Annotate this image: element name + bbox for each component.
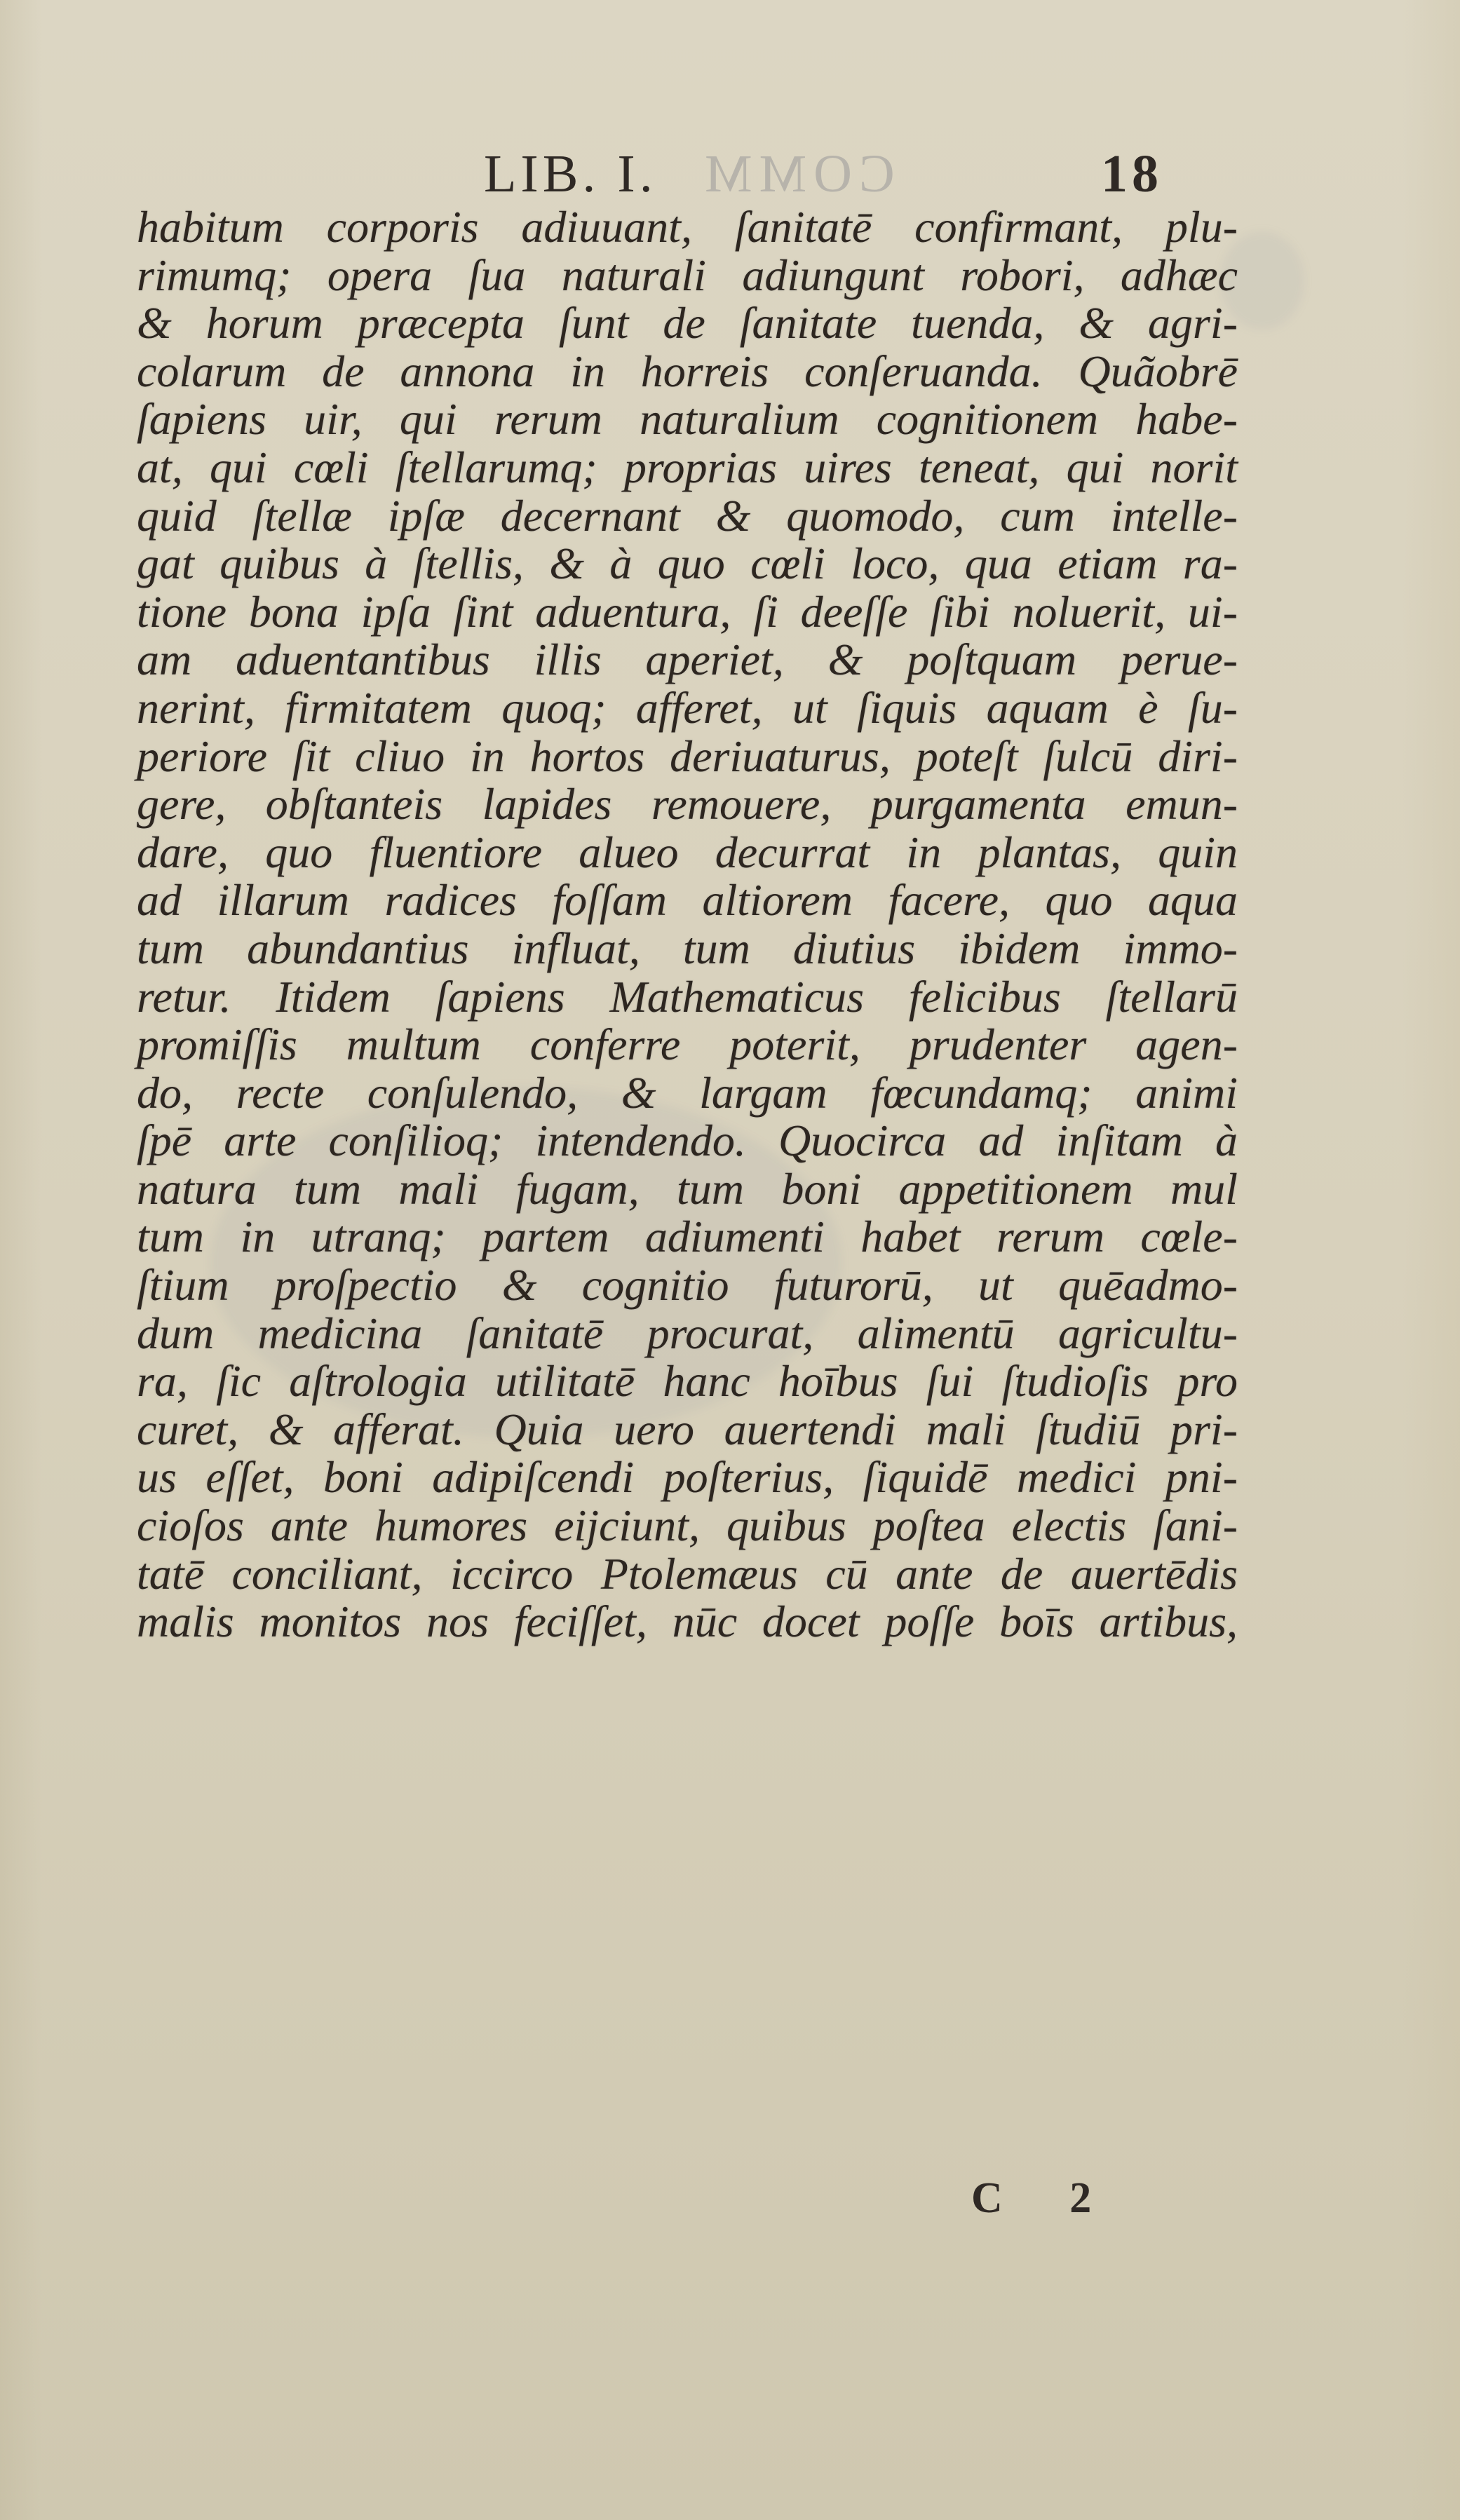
- text-line: periore ſit cliuo in hortos deriuaturus,…: [137, 733, 1238, 781]
- text-line: colarum de annona in horreis conſeruanda…: [137, 348, 1238, 396]
- text-line: us eſſet, boni adipiſcendi poſterius, ſi…: [137, 1454, 1238, 1502]
- text-line: curet, & afferat. Quia uero auertendi ma…: [137, 1406, 1238, 1454]
- text-line: habitum corporis adiuuant, ſanitatē conf…: [137, 203, 1238, 252]
- running-head: LIB. I. COMM 18: [484, 144, 1185, 207]
- text-block: habitum corporis adiuuant, ſanitatē conf…: [137, 203, 1238, 1646]
- text-line: ad illarum radices foſſam altiorem facer…: [137, 876, 1238, 925]
- text-line: dum medicina ſanitatē procurat, alimentū…: [137, 1310, 1238, 1358]
- text-line: tatē conciliant, iccirco Ptolemæus cū an…: [137, 1550, 1238, 1599]
- text-line: dare, quo fluentiore alueo decurrat in p…: [137, 829, 1238, 877]
- text-line: do, recte conſulendo, & largam fœcundamq…: [137, 1069, 1238, 1118]
- book-page: LIB. I. COMM 18 habitum corporis adiuuan…: [0, 0, 1460, 2520]
- folio-number: 18: [1101, 144, 1163, 205]
- text-line: ra, ſic aſtrologia utilitatē hanc hoībus…: [137, 1357, 1238, 1406]
- text-line: quid ſtellæ ipſæ decernant & quomodo, cu…: [137, 492, 1238, 541]
- text-line: retur. Itidem ſapiens Mathematicus felic…: [137, 973, 1238, 1022]
- showthrough-text: COMM: [698, 144, 895, 205]
- text-line: malis monitos nos feciſſet, nūc docet po…: [137, 1598, 1238, 1646]
- text-line: rimumq; opera ſua naturali adiungunt rob…: [137, 252, 1238, 300]
- text-line: nerint, firmitatem quoq; afferet, ut ſiq…: [137, 684, 1238, 733]
- text-line: promiſſis multum conferre poterit, prude…: [137, 1021, 1238, 1069]
- text-line: gere, obſtanteis lapides remouere, purga…: [137, 780, 1238, 829]
- signature-mark: C 2: [971, 2174, 1119, 2223]
- text-line: ſapiens uir, qui rerum naturalium cognit…: [137, 395, 1238, 444]
- text-line: natura tum mali fugam, tum boni appetiti…: [137, 1165, 1238, 1214]
- text-line: am aduentantibus illis aperiet, & poſtqu…: [137, 636, 1238, 684]
- text-line: tum in utranq; partem adiumenti habet re…: [137, 1213, 1238, 1261]
- text-line: at, qui cœli ſtellarumq; proprias uires …: [137, 444, 1238, 492]
- text-line: & horum præcepta ſunt de ſanitate tuenda…: [137, 299, 1238, 348]
- text-line: cioſos ante humores eijciunt, quibus poſ…: [137, 1502, 1238, 1550]
- text-line: tum abundantius influat, tum diutius ibi…: [137, 925, 1238, 973]
- book-number: LIB. I.: [484, 144, 657, 205]
- text-line: ſpē arte conſilioq; intendendo. Quocirca…: [137, 1117, 1238, 1165]
- text-line: tione bona ipſa ſint aduentura, ſi deeſſ…: [137, 588, 1238, 637]
- text-line: gat quibus à ſtellis, & à quo cœli loco,…: [137, 540, 1238, 588]
- text-line: ſtium proſpectio & cognitio futurorū, ut…: [137, 1261, 1238, 1310]
